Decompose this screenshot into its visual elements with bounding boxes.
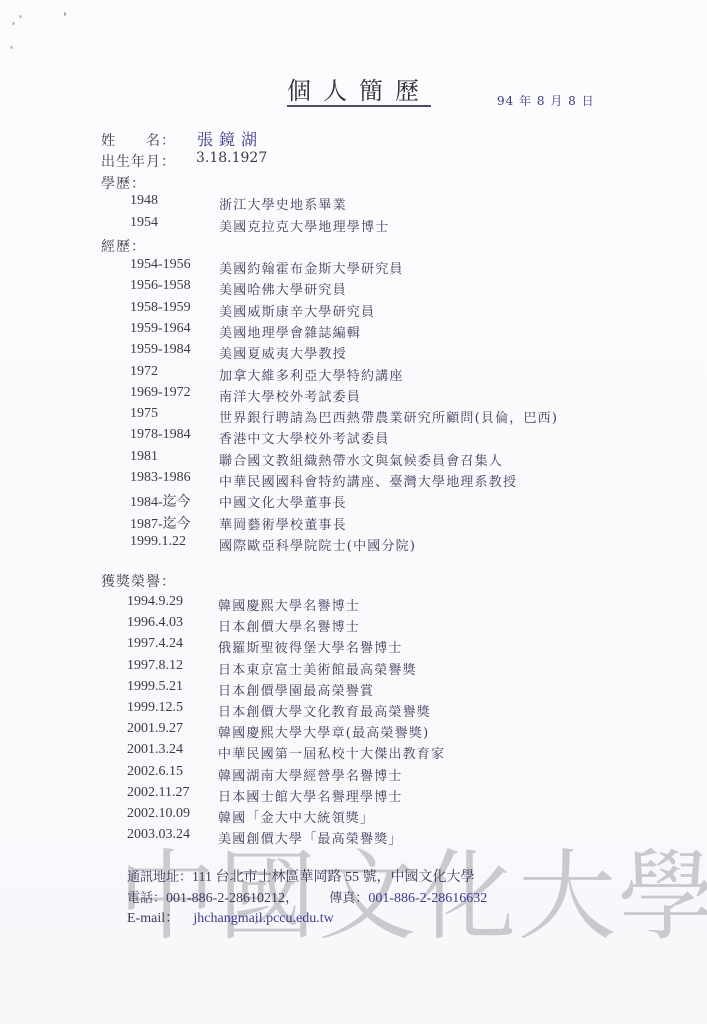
entry-date: 1959-1984 (130, 342, 191, 358)
entry-text: 加拿大維多利亞大學特約講座 (219, 365, 404, 384)
entry-date: 1954 (130, 215, 158, 231)
entry-date: 2002.11.27 (127, 785, 189, 801)
fax-label: 傳真： (329, 891, 368, 906)
entry-text: 美國約翰霍布金斯大學研究員 (219, 258, 404, 277)
entry-date: 1948 (130, 193, 158, 209)
scan-speck (12, 22, 15, 25)
address-value: 111 台北市士林區華岡路 55 號，中國文化大學 (192, 870, 474, 885)
entry-text: 中國文化大學董事長 (219, 492, 347, 511)
entry-date: 1997.4.24 (127, 636, 183, 652)
entry-date: 1997.8.12 (127, 658, 183, 674)
contact-address: 通訊地址：111 台北市士林區華岡路 55 號，中國文化大學 (127, 866, 474, 886)
entry-date: 2002.6.15 (127, 764, 183, 780)
entry-text: 美國創價大學「最高榮譽獎」 (218, 828, 403, 847)
entry-text: 聯合國文教組織熱帶水文與氣候委員會召集人 (219, 450, 503, 469)
page-title: 個人簡歷 (287, 78, 431, 107)
entry-date: 1999.5.21 (127, 679, 183, 695)
fax-value: 001-886-2-28616632 (368, 891, 487, 906)
entry-date: 1996.4.03 (127, 615, 183, 631)
entry-text: 韓國「金大中大統領獎」 (218, 807, 374, 826)
entry-date: 2001.9.27 (127, 721, 183, 737)
contact-phone: 電話：001-886-2-28610212， 傳真：001-886-2-2861… (127, 887, 487, 907)
entry-text: 日本創價學園最高榮譽賞 (218, 680, 374, 699)
entry-text: 美國克拉克大學地理學博士 (219, 216, 389, 235)
entry-text: 日本創價大學名譽博士 (218, 616, 360, 635)
scan-speck (10, 46, 13, 49)
document-page: 中國文化大學 個人簡歷 94 年 8 月 8 日 姓 名： 張鏡湖 出生年月： … (0, 0, 707, 1024)
entry-date: 2003.03.24 (127, 827, 190, 843)
entry-text: 世界銀行聘請為巴西熱帶農業研究所顧問(貝倫，巴西) (219, 407, 558, 426)
entry-date: 1956-1958 (130, 278, 191, 294)
phone-value: 001-886-2-28610212， (166, 891, 299, 906)
name-label: 姓 名： (101, 130, 176, 150)
entry-date: 1999.12.5 (127, 700, 183, 716)
entry-text: 美國威斯康辛大學研究員 (219, 301, 375, 320)
entry-text: 韓國慶熙大學名譽博士 (218, 595, 360, 614)
entry-text: 國際歐亞科學院院士(中國分院) (219, 535, 416, 554)
document-date: 94 年 8 月 8 日 (497, 92, 595, 109)
scan-speck (19, 15, 22, 18)
entry-text: 中華民國第一屆私校十大傑出教育家 (218, 743, 445, 762)
entry-text: 日本創價大學文化教育最高榮譽獎 (218, 701, 431, 720)
entry-date: 1983-1986 (130, 470, 191, 486)
entry-date: 1994.9.29 (127, 594, 183, 610)
entry-text: 華岡藝術學校董事長 (219, 514, 347, 533)
entry-date: 2001.3.24 (127, 742, 183, 758)
entry-text: 日本國士館大學名譽理學博士 (218, 786, 403, 805)
entry-date: 1969-1972 (130, 385, 191, 401)
email-label: E-mail： (127, 911, 179, 926)
entry-text: 俄羅斯聖彼得堡大學名譽博士 (218, 637, 403, 656)
entry-date: 1981 (130, 449, 158, 465)
contact-email: E-mail： jhchangmail.pccu.edu.tw (127, 907, 334, 927)
birth-value: 3.18.1927 (196, 150, 267, 166)
entry-text: 美國哈佛大學研究員 (219, 279, 347, 298)
entry-date: 1978-1984 (130, 427, 191, 443)
entry-date: 1975 (130, 406, 158, 422)
entry-text: 日本東京富士美術館最高榮譽獎 (218, 659, 417, 678)
entry-date: 1959-1964 (130, 321, 191, 337)
address-label: 通訊地址： (127, 870, 192, 885)
phone-label: 電話： (127, 891, 166, 906)
email-link[interactable]: jhchangmail.pccu.edu.tw (193, 911, 333, 926)
entry-text: 韓國慶熙大學大學章(最高榮譽獎) (218, 722, 429, 741)
entry-date: 1984-迄今 (130, 491, 191, 511)
entry-date: 1999.1.22 (130, 534, 186, 550)
entry-date: 1954-1956 (130, 257, 191, 273)
birth-label: 出生年月： (101, 151, 176, 171)
experience-heading: 經歷： (101, 236, 146, 256)
entry-text: 美國夏威夷大學教授 (219, 343, 347, 362)
entry-date: 1958-1959 (130, 300, 191, 316)
entry-text: 香港中文大學校外考試委員 (219, 428, 389, 447)
entry-text: 中華民國國科會特約講座、臺灣大學地理系教授 (219, 471, 517, 490)
entry-text: 美國地理學會雜誌編輯 (219, 322, 361, 341)
entry-text: 南洋大學校外考試委員 (219, 386, 361, 405)
entry-date: 1972 (130, 364, 158, 380)
honors-heading: 獲獎榮譽： (101, 571, 176, 591)
name-value: 張鏡湖 (197, 127, 263, 150)
entry-date: 2002.10.09 (127, 806, 190, 822)
entry-date: 1987-迄今 (130, 513, 191, 533)
entry-text: 浙江大學史地系畢業 (219, 194, 347, 213)
education-heading: 學歷： (101, 173, 146, 193)
entry-text: 韓國湖南大學經營學名譽博士 (218, 765, 403, 784)
scan-speck (64, 12, 66, 16)
